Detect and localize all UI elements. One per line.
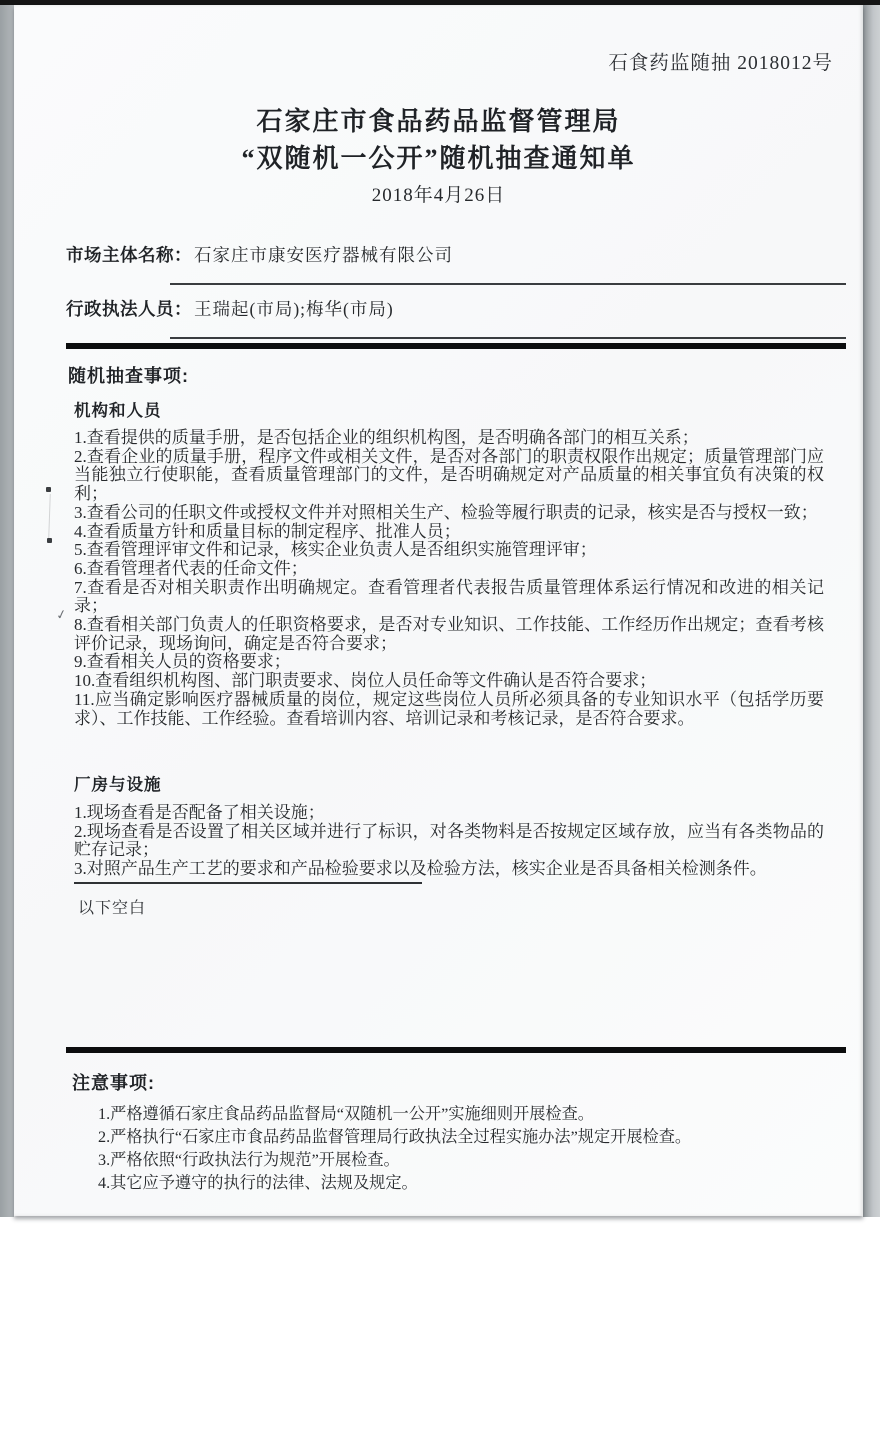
notes-heading: 注意事项: xyxy=(72,1069,155,1095)
end-of-content-rule xyxy=(74,882,422,884)
staple-mark xyxy=(47,538,52,543)
scratch-mark xyxy=(48,494,51,538)
section-title-org-personnel: 机构和人员 xyxy=(74,397,162,421)
inspection-item: 5.查看管理评审文件和记录，核实企业负责人是否组织实施管理评审； xyxy=(74,541,824,560)
section-divider-bar xyxy=(66,343,846,349)
document-number: 石食药监随抽 2018012号 xyxy=(608,47,833,75)
inspection-item: 7.查看是否对相关职责作出明确规定。查看管理者代表报告质量管理体系运行情况和改进… xyxy=(74,579,824,616)
inspection-item: 1.现场查看是否配备了相关设施； xyxy=(74,804,824,823)
inspection-item: 1.查看提供的质量手册，是否包括企业的组织机构图，是否明确各部门的相互关系； xyxy=(74,429,824,448)
scanner-edge-left xyxy=(0,0,14,1217)
market-entity-label: 市场主体名称： xyxy=(66,242,194,267)
scanned-document-view: 石食药监随抽 2018012号 石家庄市食品药品监督管理局 “双随机一公开”随机… xyxy=(0,0,880,1449)
inspection-item: 2.查看企业的质量手册，程序文件或相关文件，是否对各部门的职责权限作出规定；质量… xyxy=(74,448,824,504)
document-title-line2: “双随机一公开”随机抽查通知单 xyxy=(14,138,863,175)
note-item: 3.严格依照“行政执法行为规范”开展检查。 xyxy=(98,1149,828,1172)
note-item: 1.严格遵循石家庄食品药品监督局“双随机一公开”实施细则开展检查。 xyxy=(98,1103,828,1126)
document-title-line1: 石家庄市食品药品监督管理局 xyxy=(14,101,863,138)
inspection-item: 10.查看组织机构图、部门职责要求、岗位人员任命等文件确认是否符合要求； xyxy=(74,672,824,691)
inspection-heading: 随机抽查事项: xyxy=(68,362,189,388)
pen-tick-mark: ✓ xyxy=(54,606,68,624)
inspection-item: 11.应当确定影响医疗器械质量的岗位，规定这些岗位人员所必须具备的专业知识水平（… xyxy=(74,691,824,728)
document-page: 石食药监随抽 2018012号 石家庄市食品药品监督管理局 “双随机一公开”随机… xyxy=(14,5,863,1216)
section-title-premises-facilities: 厂房与设施 xyxy=(74,771,162,795)
inspection-item: 9.查看相关人员的资格要求； xyxy=(74,653,824,672)
field-market-entity: 市场主体名称：石家庄市康安医疗器械有限公司 xyxy=(66,242,846,267)
inspection-item-list-org-personnel: 1.查看提供的质量手册，是否包括企业的组织机构图，是否明确各部门的相互关系； 2… xyxy=(74,429,824,728)
staple-mark xyxy=(46,487,51,492)
document-date: 2018年4月26日 xyxy=(14,180,863,207)
field-enforcement-officers: 行政执法人员：王瑞起(市局);梅华(市局) xyxy=(66,296,846,321)
notes-list: 1.严格遵循石家庄食品药品监督局“双随机一公开”实施细则开展检查。 2.严格执行… xyxy=(98,1103,828,1195)
field-underline xyxy=(170,283,846,285)
section-divider-bar xyxy=(66,1047,846,1053)
inspection-item: 3.对照产品生产工艺的要求和产品检验要求以及检验方法，核实企业是否具备相关检测条… xyxy=(74,860,824,879)
inspection-item: 8.查看相关部门负责人的任职资格要求，是否对专业知识、工作技能、工作经历作出规定… xyxy=(74,616,824,653)
inspection-item: 6.查看管理者代表的任命文件； xyxy=(74,560,824,579)
market-entity-value: 石家庄市康安医疗器械有限公司 xyxy=(194,242,453,267)
scanner-edge-right xyxy=(863,0,880,1217)
field-underline xyxy=(170,337,846,339)
officers-label: 行政执法人员： xyxy=(66,296,194,321)
inspection-item: 2.现场查看是否设置了相关区域并进行了标识，对各类物料是否按规定区域存放，应当有… xyxy=(74,823,824,860)
blank-below-note: 以下空白 xyxy=(78,895,146,918)
inspection-item: 4.查看质量方针和质量目标的制定程序、批准人员； xyxy=(74,523,824,542)
officers-value: 王瑞起(市局);梅华(市局) xyxy=(194,296,394,321)
inspection-item: 3.查看公司的任职文件或授权文件并对照相关生产、检验等履行职责的记录，核实是否与… xyxy=(74,504,824,523)
note-item: 2.严格执行“石家庄市食品药品监督管理局行政执法全过程实施办法”规定开展检查。 xyxy=(98,1126,828,1149)
inspection-item-list-premises: 1.现场查看是否配备了相关设施； 2.现场查看是否设置了相关区域并进行了标识，对… xyxy=(74,804,824,879)
note-item: 4.其它应予遵守的执行的法律、法规及规定。 xyxy=(98,1172,828,1195)
